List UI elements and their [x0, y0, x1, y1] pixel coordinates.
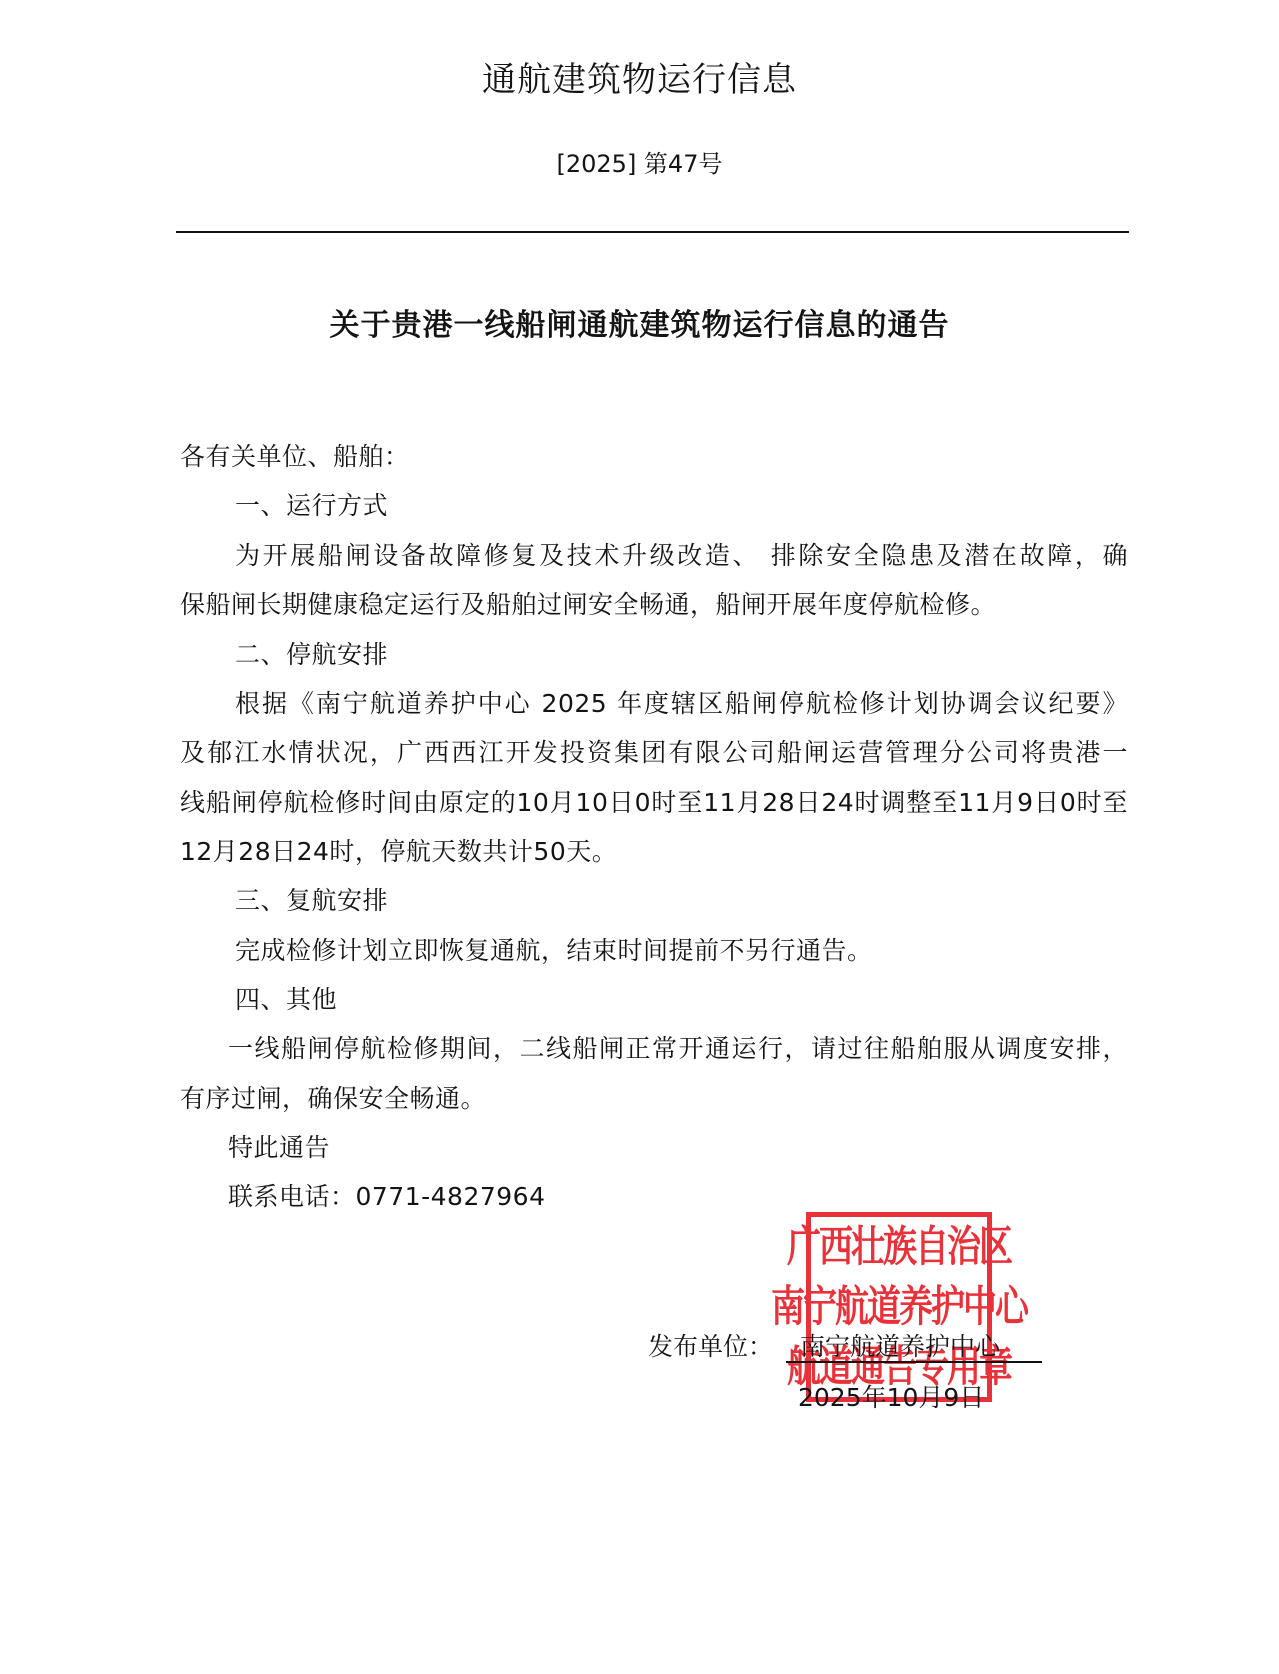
issuer-name: 南宁航道养护中心	[800, 1327, 1000, 1363]
notice-title: 关于贵港一线船闸通航建筑物运行信息的通告	[0, 300, 1279, 344]
paragraph-line: 完成检修计划立即恢复通航，结束时间提前不另行通告。	[235, 931, 873, 967]
issue-date: 2025年10月9日	[798, 1378, 984, 1414]
document-header-title: 通航建筑物运行信息	[0, 52, 1279, 101]
header-divider	[176, 231, 1129, 233]
contact-phone: 联系电话：0771-4827964	[228, 1177, 546, 1213]
section-heading-suspension: 二、停航安排	[235, 635, 388, 671]
document-number: [2025] 第47号	[0, 144, 1279, 179]
paragraph-line: 根据《南宁航道养护中心 2025 年度辖区船闸停航检修计划协调会议纪要》	[235, 684, 1128, 720]
paragraph-line: 为开展船闸设备故障修复及技术升级改造、 排除安全隐患及潜在故障，确	[235, 536, 1128, 572]
stamp-line: 南宁航道养护中心	[771, 1286, 1027, 1329]
paragraph-line: 及郁江水情状况，广西西江开发投资集团有限公司船闸运营管理分公司将贵港一	[180, 733, 1128, 769]
paragraph-line: 有序过闸，确保安全畅通。	[180, 1079, 486, 1115]
paragraph-line: 线船闸停航检修时间由原定的10月10日0时至11月28日24时调整至11月9日0…	[180, 783, 1128, 819]
closing-text: 特此通告	[228, 1128, 330, 1164]
official-seal-stamp: 广西壮族自治区 南宁航道养护中心 航道通告专用章	[806, 1212, 992, 1402]
salutation: 各有关单位、船舶：	[180, 437, 410, 473]
issuer-underline	[786, 1361, 1042, 1363]
issuer-label: 发布单位：	[648, 1327, 773, 1363]
section-heading-other: 四、其他	[235, 980, 337, 1016]
paragraph-line: 一线船闸停航检修期间，二线船闸正常开通运行，请过往船舶服从调度安排，	[228, 1029, 1128, 1065]
stamp-line: 广西壮族自治区	[787, 1226, 1011, 1269]
section-heading-operation-mode: 一、运行方式	[235, 486, 388, 522]
paragraph-line: 12月28日24时，停航天数共计50天。	[180, 832, 617, 868]
section-heading-resumption: 三、复航安排	[235, 881, 388, 917]
paragraph-line: 保船闸长期健康稳定运行及船舶过闸安全畅通，船闸开展年度停航检修。	[180, 585, 996, 621]
